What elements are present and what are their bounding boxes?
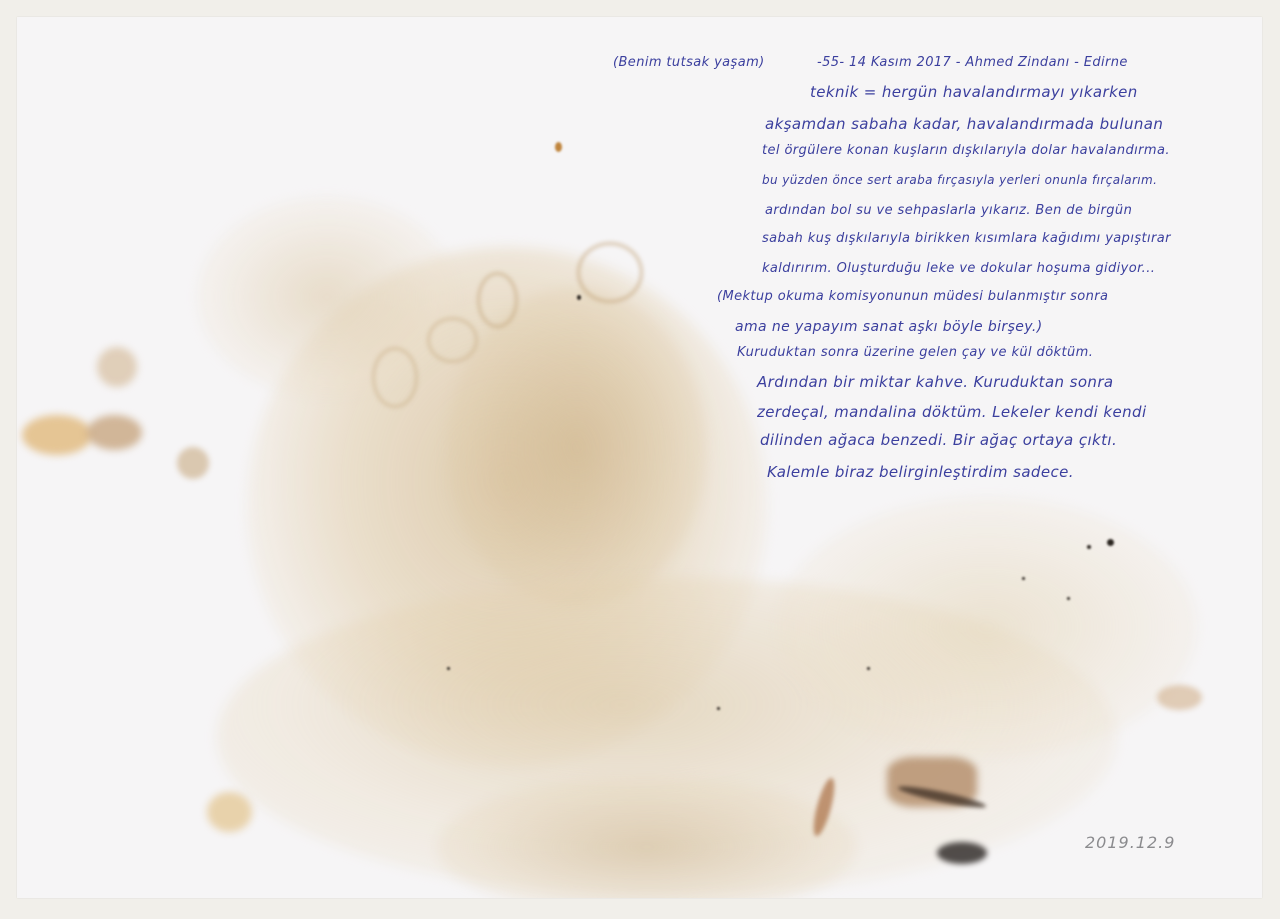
handwritten-line-8: (Mektup okuma komisyonunun müdesi bulanm… [717,289,1108,304]
handwritten-line-3: tel örgülere konan kuşların dışkılarıyla… [762,143,1170,158]
black-smudge [937,842,987,864]
date-stamp: 2019.12.9 [1085,833,1175,852]
central-stain-core [447,287,707,607]
handwritten-line-6: sabah kuş dışkılarıyla birikken kısımlar… [762,231,1171,246]
left-mid-stain [97,347,137,387]
handwritten-line-7: kaldırırım. Oluşturduğu leke ve dokular … [762,261,1155,276]
stain-ring [427,317,478,363]
handwritten-line-11: Ardından bir miktar kahve. Kuruduktan so… [757,373,1113,391]
handwritten-line-4: bu yüzden önce sert araba fırçasıyla yer… [762,173,1157,187]
right-lower-stain [777,497,1197,757]
ink-speck [1087,545,1091,549]
handwritten-line-9: ama ne yapayım sanat aşkı böyle birşey.) [735,319,1043,335]
stain-ring [477,272,518,328]
bottom-left-stain [207,792,252,832]
ink-speck [867,667,870,670]
handwritten-line-12: zerdeçal, mandalina döktüm. Lekeler kend… [757,403,1147,421]
ink-speck [1107,539,1114,546]
ink-speck [577,295,581,300]
heading-left: (Benim tutsak yaşam) [613,55,765,70]
ink-speck [1067,597,1070,600]
rust-dot [555,142,562,152]
heading-right: -55- 14 Kasım 2017 - Ahmed Zindanı - Edi… [817,55,1128,70]
top-right-small-stain [1157,685,1202,710]
upper-left-stain [197,197,457,397]
left-small-stain [177,447,209,479]
handwritten-line-5: ardından bol su ve sehpaslarla yıkarız. … [765,203,1132,218]
handwritten-line-13: dilinden ağaca benzedi. Bir ağaç ortaya … [760,431,1117,449]
stain-ring [372,347,418,408]
ink-speck [447,667,450,670]
left-brown-stain [87,415,142,450]
stained-paper-artwork: (Benim tutsak yaşam) -55- 14 Kasım 2017 … [17,17,1262,898]
ink-speck [1022,577,1025,580]
handwritten-line-10: Kuruduktan sonra üzerine gelen çay ve kü… [737,345,1093,360]
handwritten-line-2: akşamdan sabaha kadar, havalandırmada bu… [765,115,1163,133]
left-orange-stain [22,415,92,455]
handwritten-line-1: teknik = hergün havalandırmayı yıkarken [810,83,1138,101]
stain-ring [577,242,643,303]
ink-speck [717,707,720,710]
handwritten-line-14: Kalemle biraz belirginleştirdim sadece. [767,463,1074,481]
